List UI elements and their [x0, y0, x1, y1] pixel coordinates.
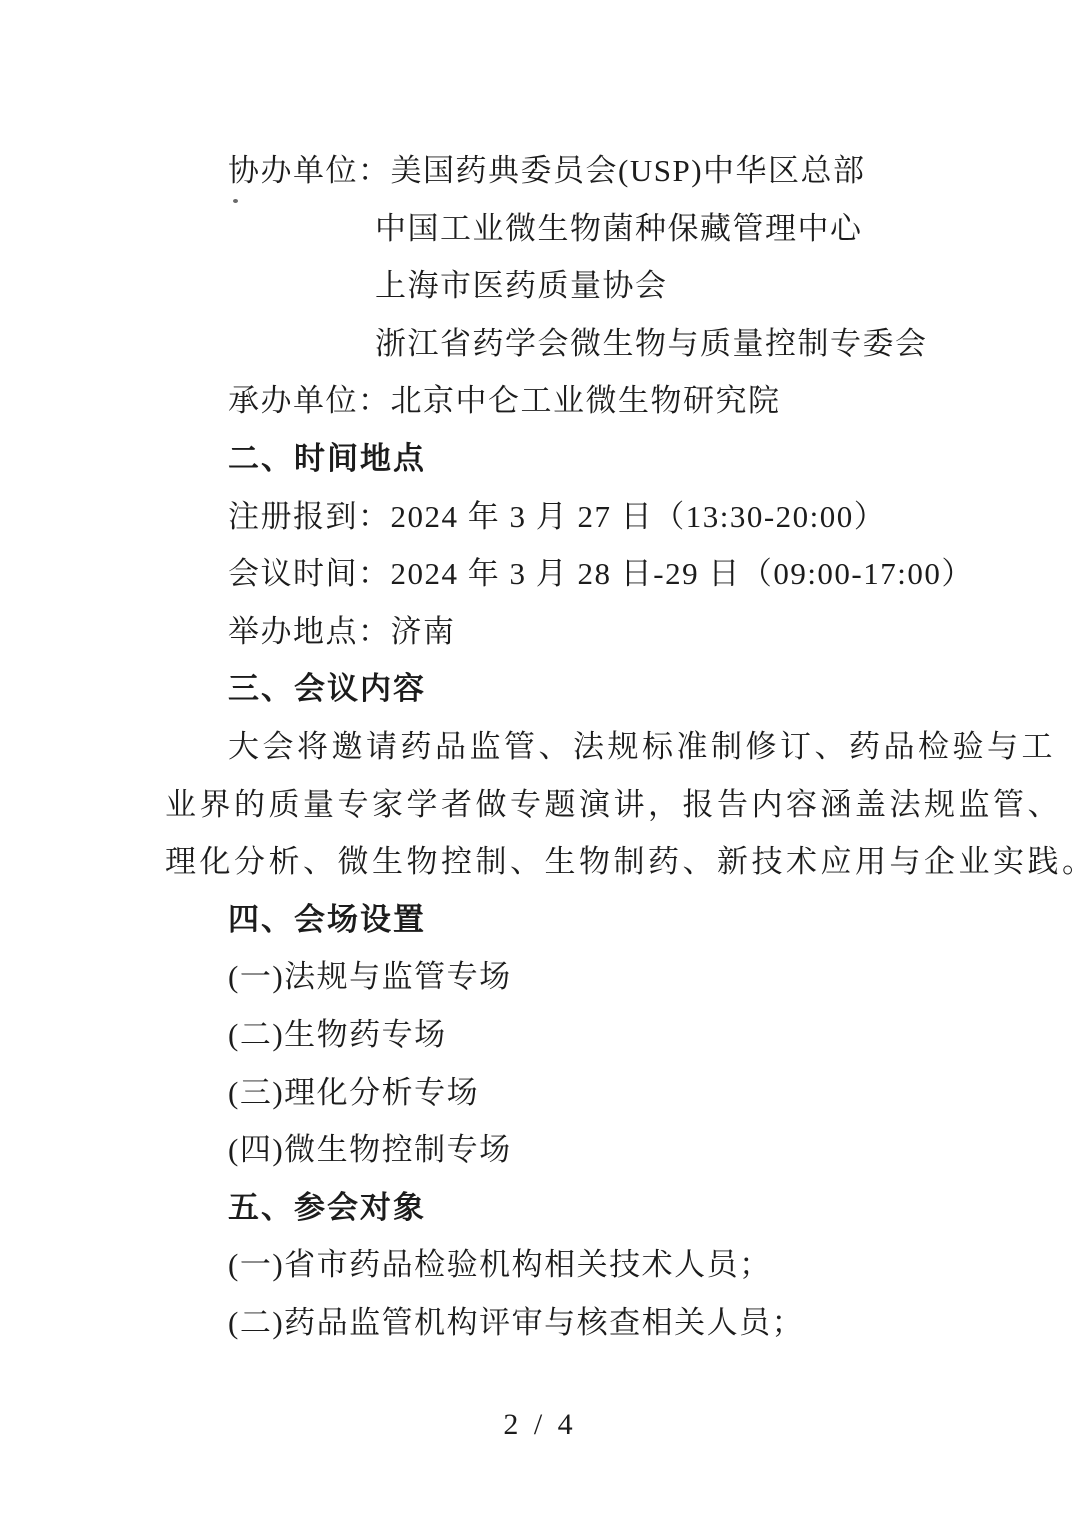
doc-line: 理化分析、微生物控制、生物制药、新技术应用与企业实践。 [165, 833, 955, 891]
doc-line: 注册报到：2024 年 3 月 27 日（13:30-20:00） [165, 488, 955, 546]
document-page: 协办单位：美国药典委员会(USP)中华区总部中国工业微生物菌种保藏管理中心上海市… [0, 0, 1080, 1527]
section-heading: 二、时间地点 [165, 430, 955, 488]
doc-line: 大会将邀请药品监管、法规标准制修订、药品检验与工 [165, 718, 955, 776]
doc-line: 业界的质量专家学者做专题演讲，报告内容涵盖法规监管、 [165, 776, 955, 834]
page-number: 2 / 4 [0, 1408, 1080, 1442]
doc-line: (四)微生物控制专场 [165, 1121, 955, 1179]
section-heading: 五、参会对象 [165, 1179, 955, 1237]
doc-line: 中国工业微生物菌种保藏管理中心 [165, 200, 955, 258]
section-heading: 三、会议内容 [165, 660, 955, 718]
doc-line: 上海市医药质量协会 [165, 257, 955, 315]
document-body: 协办单位：美国药典委员会(USP)中华区总部中国工业微生物菌种保藏管理中心上海市… [165, 142, 955, 1351]
doc-line: (二)生物药专场 [165, 1006, 955, 1064]
doc-line: 承办单位：北京中仑工业微生物研究院 [165, 372, 955, 430]
doc-line: (二)药品监管机构评审与核查相关人员； [165, 1294, 955, 1352]
doc-line: (三)理化分析专场 [165, 1064, 955, 1122]
doc-line: (一)法规与监管专场 [165, 948, 955, 1006]
doc-line: 举办地点：济南 [165, 603, 955, 661]
doc-line: 浙江省药学会微生物与质量控制专委会 [165, 315, 955, 373]
doc-line: 会议时间：2024 年 3 月 28 日-29 日（09:00-17:00） [165, 545, 955, 603]
doc-line: (一)省市药品检验机构相关技术人员； [165, 1236, 955, 1294]
doc-line: 协办单位：美国药典委员会(USP)中华区总部 [165, 142, 955, 200]
section-heading: 四、会场设置 [165, 891, 955, 949]
